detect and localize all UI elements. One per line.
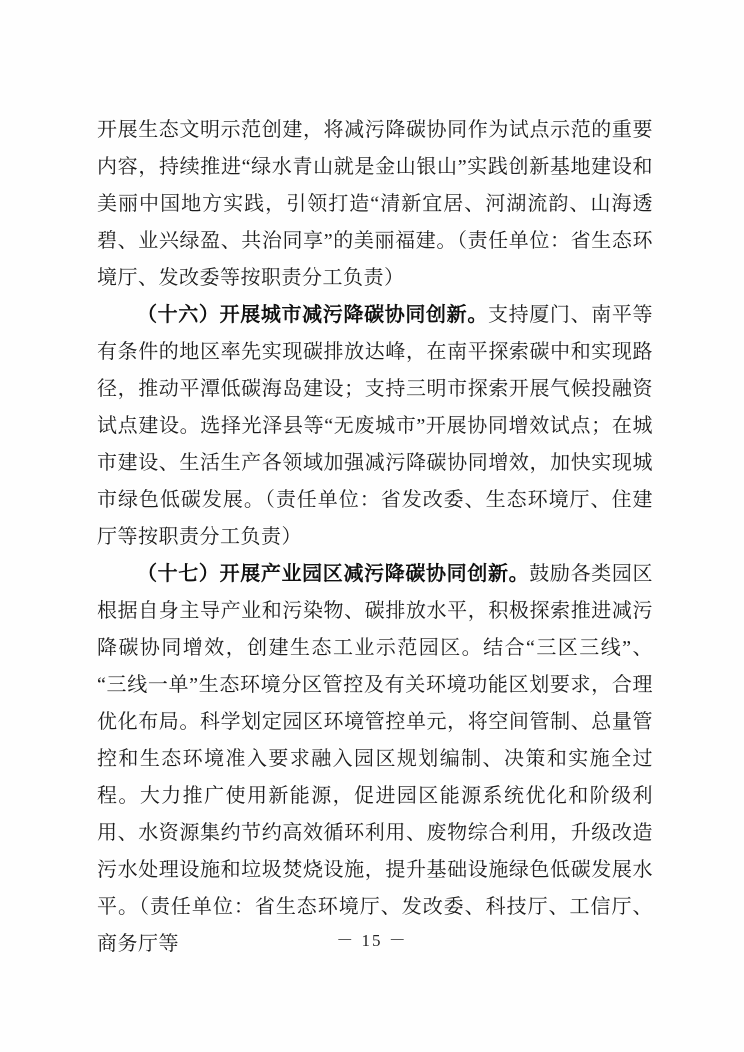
document-body: 开展生态文明示范创建，将减污降碳协同作为试点示范的重要内容，持续推进“绿水青山就…	[97, 112, 653, 963]
section-17-text: 鼓励各类园区根据自身主导产业和污染物、碳排放水平，积极探索推进减污降碳协同增效，…	[97, 563, 653, 955]
section-16-text: 支持厦门、南平等有条件的地区率先实现碳排放达峰，在南平探索碳中和实现路径，推动平…	[97, 304, 653, 548]
section-16-heading: （十六）开展城市减污降碳协同创新。	[137, 304, 488, 326]
page-number: － 15 －	[0, 926, 744, 951]
section-17-heading: （十七）开展产业园区减污降碳协同创新。	[137, 563, 529, 585]
paragraph-continuation: 开展生态文明示范创建，将减污降碳协同作为试点示范的重要内容，持续推进“绿水青山就…	[97, 112, 653, 297]
paragraph-section-17: （十七）开展产业园区减污降碳协同创新。鼓励各类园区根据自身主导产业和污染物、碳排…	[97, 556, 653, 963]
paragraph-section-16: （十六）开展城市减污降碳协同创新。支持厦门、南平等有条件的地区率先实现碳排放达峰…	[97, 297, 653, 556]
document-page: 开展生态文明示范创建，将减污降碳协同作为试点示范的重要内容，持续推进“绿水青山就…	[0, 0, 744, 1052]
paragraph-continuation-text: 开展生态文明示范创建，将减污降碳协同作为试点示范的重要内容，持续推进“绿水青山就…	[97, 119, 653, 289]
